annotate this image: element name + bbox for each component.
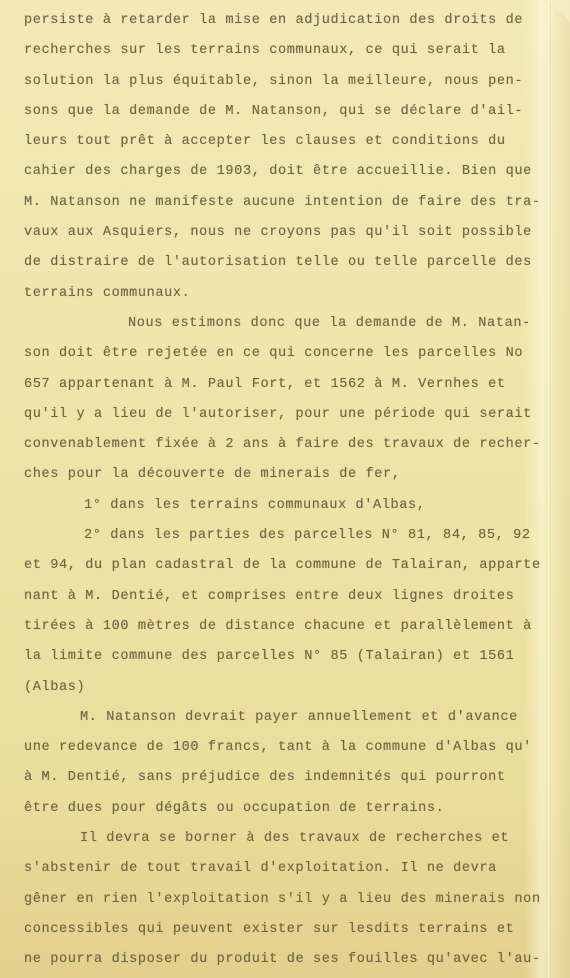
paragraph-fee: M. Natanson devrait payer annuellement e… — [24, 703, 554, 824]
text-line: cahier des charges de 1903, doit être ac… — [24, 157, 554, 187]
text-line: solution la plus équitable, sinon la mei… — [24, 67, 554, 97]
paragraph-continuation: persiste à retarder la mise en adjudicat… — [24, 6, 554, 309]
text-line: recherches sur les terrains communaux, c… — [24, 36, 554, 66]
text-line: ne pourra disposer du produit de ses fou… — [24, 945, 554, 975]
paragraph-conclusion: Nous estimons donc que la demande de M. … — [24, 309, 554, 491]
text-line: son doit être rejetée en ce qui concerne… — [24, 339, 554, 369]
text-line: être dues pour dégâts ou occupation de t… — [24, 794, 554, 824]
text-line: une redevance de 100 francs, tant à la c… — [24, 733, 554, 763]
text-line: convenablement fixée à 2 ans à faire des… — [24, 430, 554, 460]
text-line: la limite commune des parcelles N° 85 (T… — [24, 642, 554, 672]
text-line: persiste à retarder la mise en adjudicat… — [24, 6, 554, 36]
typewritten-text: persiste à retarder la mise en adjudicat… — [24, 6, 554, 976]
text-line: M. Natanson devrait payer annuellement e… — [24, 703, 554, 733]
text-line: vaux aux Asquiers, nous ne croyons pas q… — [24, 218, 554, 248]
text-line: ches pour la découverte de minerais de f… — [24, 460, 554, 490]
text-line: qu'il y a lieu de l'autoriser, pour une … — [24, 400, 554, 430]
text-line: tirées à 100 mètres de distance chacune … — [24, 612, 554, 642]
text-line: gêner en rien l'exploitation s'il y a li… — [24, 885, 554, 915]
scanned-page: persiste à retarder la mise en adjudicat… — [0, 0, 570, 978]
text-line: Il devra se borner à des travaux de rech… — [24, 824, 554, 854]
text-line: concessibles qui peuvent exister sur les… — [24, 915, 554, 945]
text-line: 657 appartenant à M. Paul Fort, et 1562 … — [24, 370, 554, 400]
text-line: (Albas) — [24, 673, 554, 703]
text-line: et 94, du plan cadastral de la commune d… — [24, 551, 554, 581]
text-line: nant à M. Dentié, et comprises entre deu… — [24, 582, 554, 612]
paragraph-obligations: Il devra se borner à des travaux de rech… — [24, 824, 554, 975]
text-line: à M. Dentié, sans préjudice des indemnit… — [24, 763, 554, 793]
text-line: 1° dans les terrains communaux d'Albas, — [24, 491, 554, 521]
text-line: 2° dans les parties des parcelles N° 81,… — [24, 521, 554, 551]
text-line: Nous estimons donc que la demande de M. … — [24, 309, 554, 339]
list-item-1: 1° dans les terrains communaux d'Albas, — [24, 491, 554, 521]
list-item-2: 2° dans les parties des parcelles N° 81,… — [24, 521, 554, 703]
text-line: sons que la demande de M. Natanson, qui … — [24, 97, 554, 127]
text-line: M. Natanson ne manifeste aucune intentio… — [24, 188, 554, 218]
text-line: s'abstenir de tout travail d'exploitatio… — [24, 854, 554, 884]
text-line: leurs tout prêt à accepter les clauses e… — [24, 127, 554, 157]
text-line: terrains communaux. — [24, 279, 554, 309]
text-line: de distraire de l'autorisation telle ou … — [24, 248, 554, 278]
